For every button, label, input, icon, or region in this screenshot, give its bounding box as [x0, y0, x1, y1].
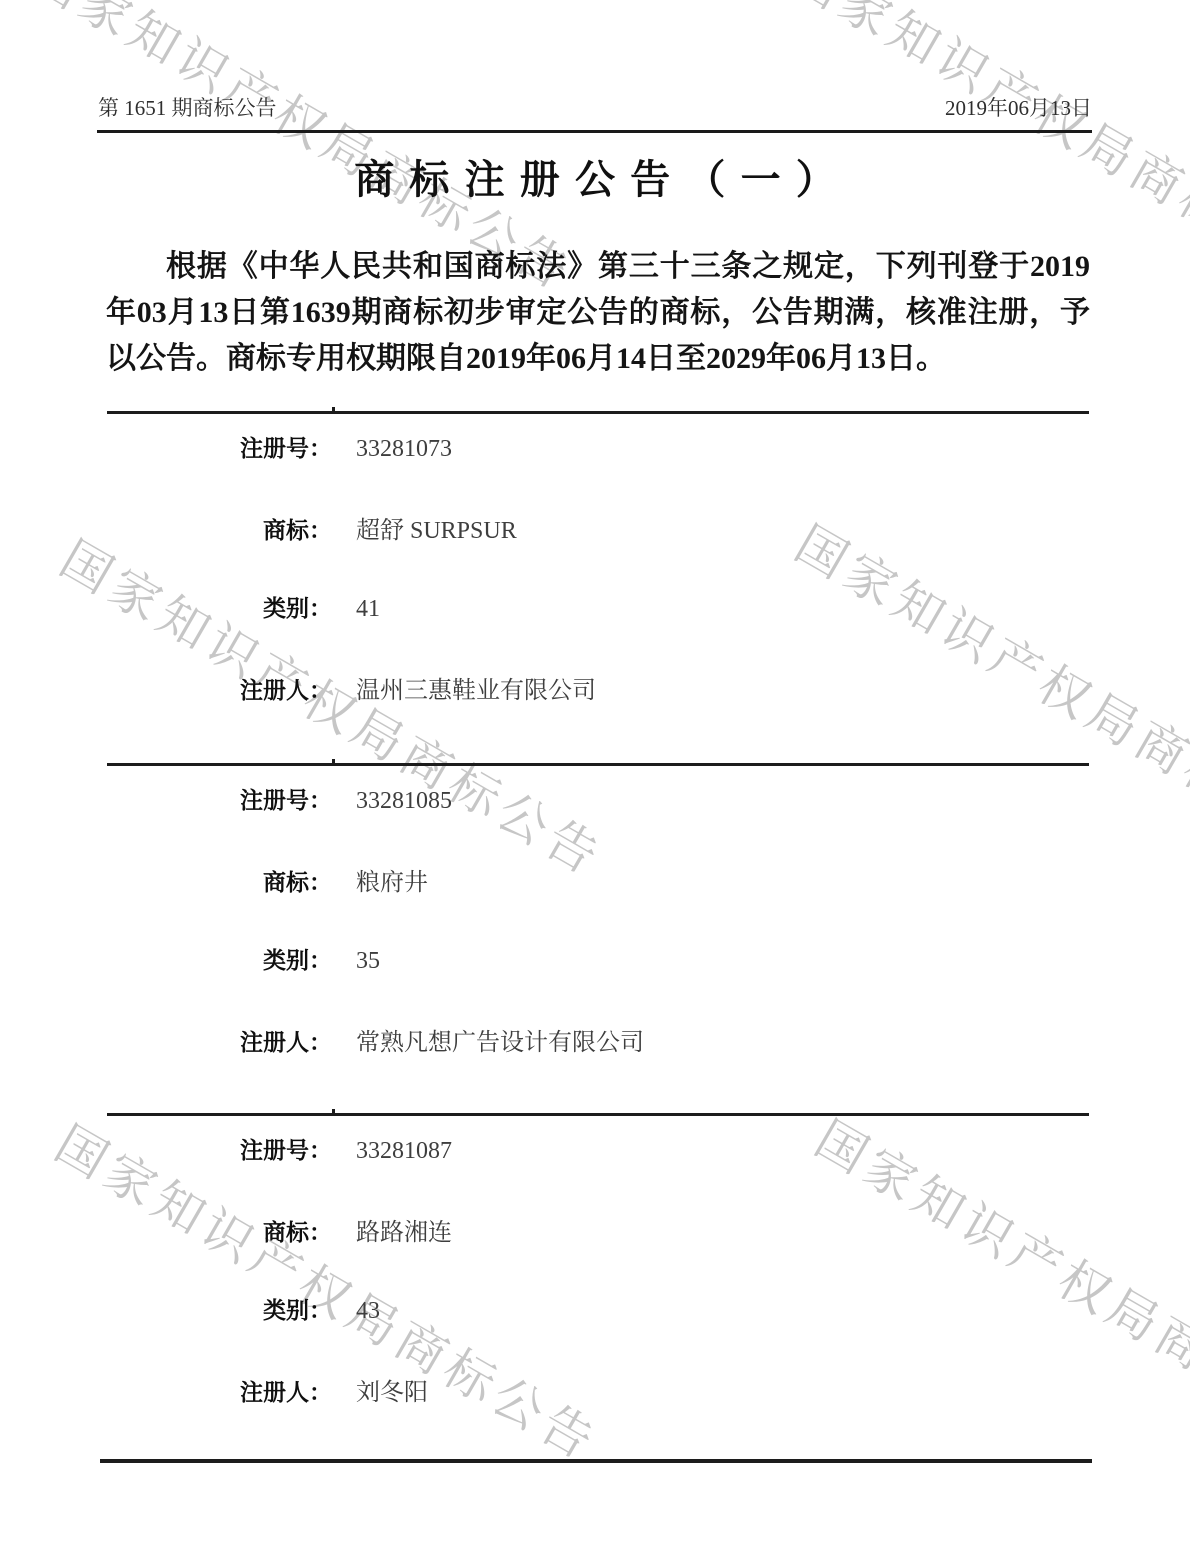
reg-no-value: 33281085	[356, 788, 452, 815]
divider-tick	[332, 407, 335, 414]
field-row-class: 类别： 43	[107, 1292, 1089, 1322]
class-value: 43	[356, 1298, 380, 1325]
gazette-date: 2019年06月13日	[945, 92, 1092, 122]
class-value: 41	[356, 596, 380, 623]
record-divider	[107, 763, 1089, 766]
mark-label: 商标：	[107, 864, 332, 897]
trademark-record: 注册号： 33281085 商标： 粮府井 类别： 35 注册人： 常熟凡想广告…	[107, 763, 1089, 1052]
record-divider	[107, 411, 1089, 414]
field-row-class: 类别： 41	[107, 590, 1089, 620]
mark-value: 粮府井	[356, 862, 428, 897]
reg-no-value: 33281073	[356, 436, 452, 463]
field-row-mark: 商标： 超舒 SURPSUR	[107, 510, 1089, 540]
trademark-record: 注册号： 33281087 商标： 路路湘连 类别： 43 注册人： 刘冬阳	[107, 1113, 1089, 1402]
class-label: 类别：	[107, 1292, 332, 1325]
intro-paragraph: 根据《中华人民共和国商标法》第三十三条之规定，下列刊登于2019年03月13日第…	[106, 244, 1090, 382]
page-title: 商标注册公告（一）	[0, 148, 1190, 205]
registrant-label: 注册人：	[107, 1374, 332, 1407]
registrant-label: 注册人：	[107, 1024, 332, 1057]
registrant-label: 注册人：	[107, 672, 332, 705]
class-value: 35	[356, 948, 380, 975]
field-row-registrant: 注册人： 常熟凡想广告设计有限公司	[107, 1022, 1089, 1052]
class-label: 类别：	[107, 942, 332, 975]
field-row-registrant: 注册人： 温州三惠鞋业有限公司	[107, 670, 1089, 700]
registrant-value: 刘冬阳	[356, 1372, 428, 1407]
gazette-issue-label: 第 1651 期商标公告	[98, 92, 277, 122]
trademark-record: 注册号： 33281073 商标： 超舒 SURPSUR 类别： 41 注册人：…	[107, 411, 1089, 700]
field-row-reg-no: 注册号： 33281087	[107, 1132, 1089, 1162]
field-row-reg-no: 注册号： 33281073	[107, 430, 1089, 460]
divider-tick	[332, 759, 335, 766]
mark-value: 路路湘连	[356, 1212, 452, 1247]
reg-no-label: 注册号：	[107, 430, 332, 463]
mark-label: 商标：	[107, 1214, 332, 1247]
record-divider	[107, 1113, 1089, 1116]
mark-label: 商标：	[107, 512, 332, 545]
announcement-page: 国家知识产权局商标公告 国家知识产权局商标公告 国家知识产权局商标公告 国家知识…	[0, 0, 1190, 1564]
registrant-value: 温州三惠鞋业有限公司	[356, 670, 596, 705]
reg-no-label: 注册号：	[107, 782, 332, 815]
header-divider	[97, 130, 1092, 133]
mark-value: 超舒 SURPSUR	[356, 510, 517, 545]
reg-no-label: 注册号：	[107, 1132, 332, 1165]
bottom-divider	[100, 1459, 1092, 1463]
field-row-class: 类别： 35	[107, 942, 1089, 972]
field-row-reg-no: 注册号： 33281085	[107, 782, 1089, 812]
registrant-value: 常熟凡想广告设计有限公司	[356, 1022, 644, 1057]
class-label: 类别：	[107, 590, 332, 623]
reg-no-value: 33281087	[356, 1138, 452, 1165]
page-header: 第 1651 期商标公告 2019年06月13日	[98, 92, 1092, 122]
field-row-mark: 商标： 粮府井	[107, 862, 1089, 892]
field-row-mark: 商标： 路路湘连	[107, 1212, 1089, 1242]
divider-tick	[332, 1109, 335, 1116]
field-row-registrant: 注册人： 刘冬阳	[107, 1372, 1089, 1402]
